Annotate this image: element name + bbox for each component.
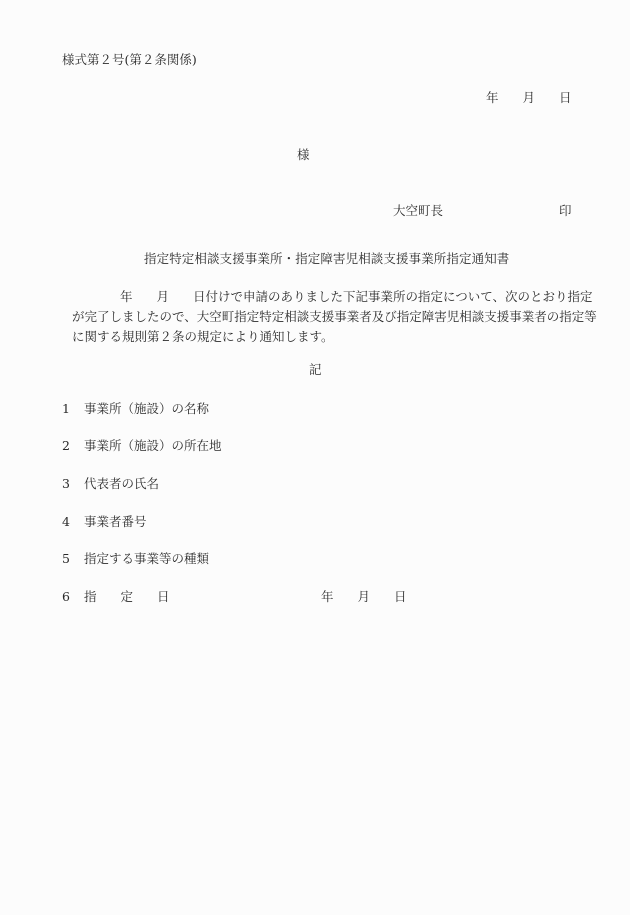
designation-date-value: 年月日	[321, 589, 407, 605]
designation-year: 年	[321, 589, 334, 604]
item-label-part: 指	[84, 589, 97, 604]
addressee-honorific: 様	[297, 147, 310, 163]
item-facility-name: 1事業所（施設）の名称	[62, 401, 209, 417]
item-label: 事業者番号	[84, 514, 147, 529]
item-number: 5	[62, 551, 84, 567]
item-number: 2	[62, 438, 84, 454]
item-label: 事業所（施設）の所在地	[84, 438, 222, 453]
item-facility-address: 2事業所（施設）の所在地	[62, 438, 222, 454]
document-title: 指定特定相談支援事業所・指定障害児相談支援事業所指定通知書	[144, 251, 509, 267]
item-number: 1	[62, 401, 84, 417]
designation-month: 月	[358, 589, 371, 604]
item-label: 事業所（施設）の名称	[84, 401, 209, 416]
item-label-part: 定	[121, 589, 134, 604]
issue-date-day: 日	[559, 90, 572, 106]
item-number: 4	[62, 514, 84, 530]
item-representative-name: 3代表者の氏名	[62, 476, 159, 492]
ki-heading: 記	[309, 362, 322, 378]
issue-date-line: 年月日	[486, 90, 572, 106]
item-number: 6	[62, 589, 84, 605]
notice-body-line-2: が完了しましたので、大空町指定特定相談支援事業者及び指定障害児相談支援事業者の指…	[62, 307, 577, 327]
issue-date-month: 月	[523, 90, 536, 106]
notice-body: 年月日付けで申請のありました下記事業所の指定について、次のとおり指定 が完了しま…	[62, 287, 577, 347]
designation-day: 日	[394, 589, 407, 604]
item-label-part: 日	[157, 589, 170, 604]
seal-mark: 印	[559, 203, 572, 219]
application-year: 年	[120, 289, 133, 304]
item-label: 代表者の氏名	[84, 476, 159, 491]
notice-body-line-1-text: 日付けで申請のありました下記事業所の指定について、次のとおり指定	[193, 289, 593, 304]
application-month: 月	[157, 289, 170, 304]
notice-body-line-3: に関する規則第２条の規定により通知します。	[62, 327, 577, 347]
form-number: 様式第２号(第２条関係)	[62, 52, 197, 68]
issue-date-year: 年	[486, 90, 499, 106]
item-business-number: 4事業者番号	[62, 514, 147, 530]
item-business-type: 5指定する事業等の種類	[62, 551, 209, 567]
notice-body-line-1: 年月日付けで申請のありました下記事業所の指定について、次のとおり指定	[62, 287, 577, 307]
item-designation-date: 6指定日	[62, 589, 170, 605]
item-number: 3	[62, 476, 84, 492]
item-label: 指定する事業等の種類	[84, 551, 209, 566]
issuer-name: 大空町長	[393, 203, 443, 219]
